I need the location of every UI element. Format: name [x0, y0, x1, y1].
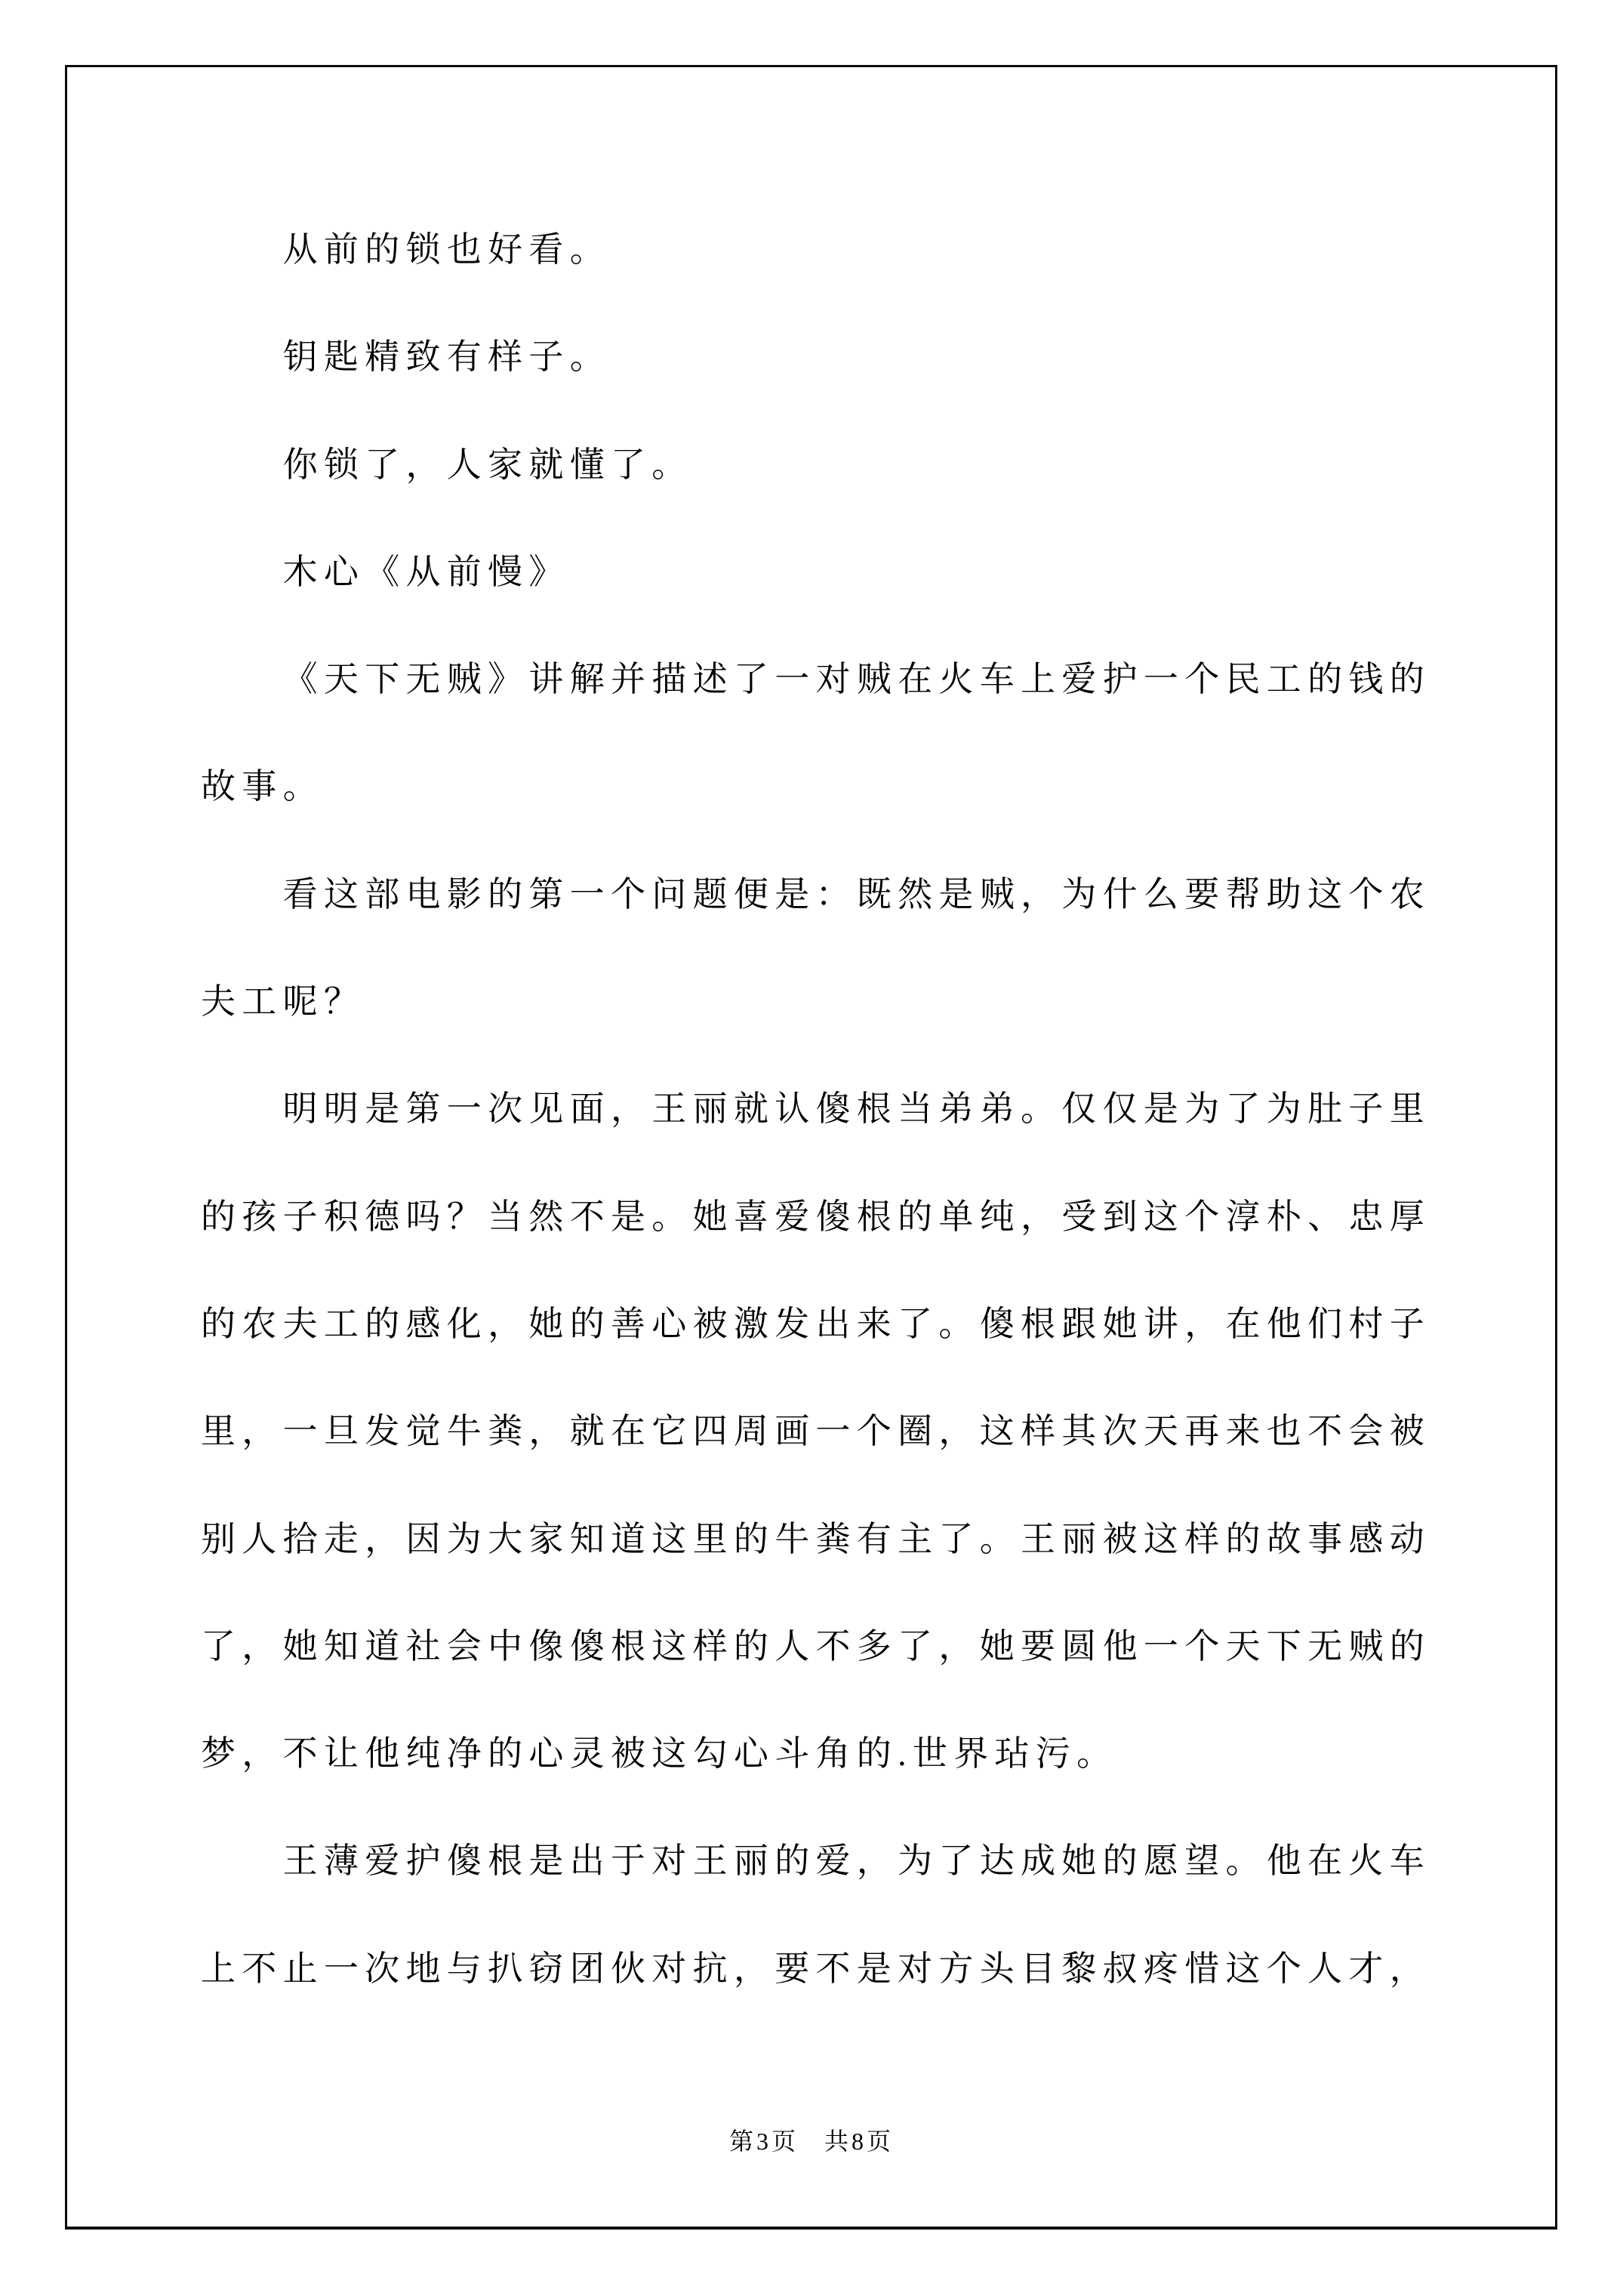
document-page: { "document": { "colors": { "background"…	[0, 0, 1623, 2296]
text-line: 王薄爱护傻根是出于对王丽的爱，为了达成她的愿望。他在火车	[201, 1808, 1439, 1915]
text-line: 里，一旦发觉牛粪，就在它四周画一个圈，这样其次天再来也不会被	[201, 1378, 1439, 1485]
text-line: 你锁了，人家就懂了。	[201, 411, 1439, 519]
text-line: 的孩子积德吗？当然不是。她喜爱傻根的单纯，受到这个淳朴、忠厚	[201, 1163, 1439, 1271]
text-block: 从前的锁也好看。钥匙精致有样子。你锁了，人家就懂了。木心《从前慢》《天下无贼》讲…	[201, 196, 1439, 2023]
footer-page-number: 第3页	[729, 2123, 799, 2159]
text-line: 故事。	[201, 733, 1439, 840]
text-line: 夫工呢？	[201, 948, 1439, 1056]
text-line: 了，她知道社会中像傻根这样的人不多了，她要圆他一个天下无贼的	[201, 1593, 1439, 1700]
text-line: 的农夫工的感化，她的善心被激发出来了。傻根跟她讲，在他们村子	[201, 1271, 1439, 1378]
text-line: 梦，不让他纯净的心灵被这勾心斗角的.世界玷污。	[201, 1700, 1439, 1808]
text-line: 木心《从前慢》	[201, 519, 1439, 626]
text-line: 从前的锁也好看。	[201, 196, 1439, 304]
page-footer: 第3页共8页	[0, 2123, 1623, 2159]
text-line: 上不止一次地与扒窃团伙对抗，要不是对方头目黎叔疼惜这个人才，	[201, 1915, 1439, 2023]
text-line: 明明是第一次见面，王丽就认傻根当弟弟。仅仅是为了为肚子里	[201, 1056, 1439, 1163]
text-line: 《天下无贼》讲解并描述了一对贼在火车上爱护一个民工的钱的	[201, 626, 1439, 733]
footer-total-pages: 共8页	[824, 2123, 894, 2159]
text-line: 看这部电影的第一个问题便是：既然是贼，为什么要帮助这个农	[201, 841, 1439, 948]
text-line: 别人拾走，因为大家知道这里的牛粪有主了。王丽被这样的故事感动	[201, 1486, 1439, 1593]
text-line: 钥匙精致有样子。	[201, 304, 1439, 411]
